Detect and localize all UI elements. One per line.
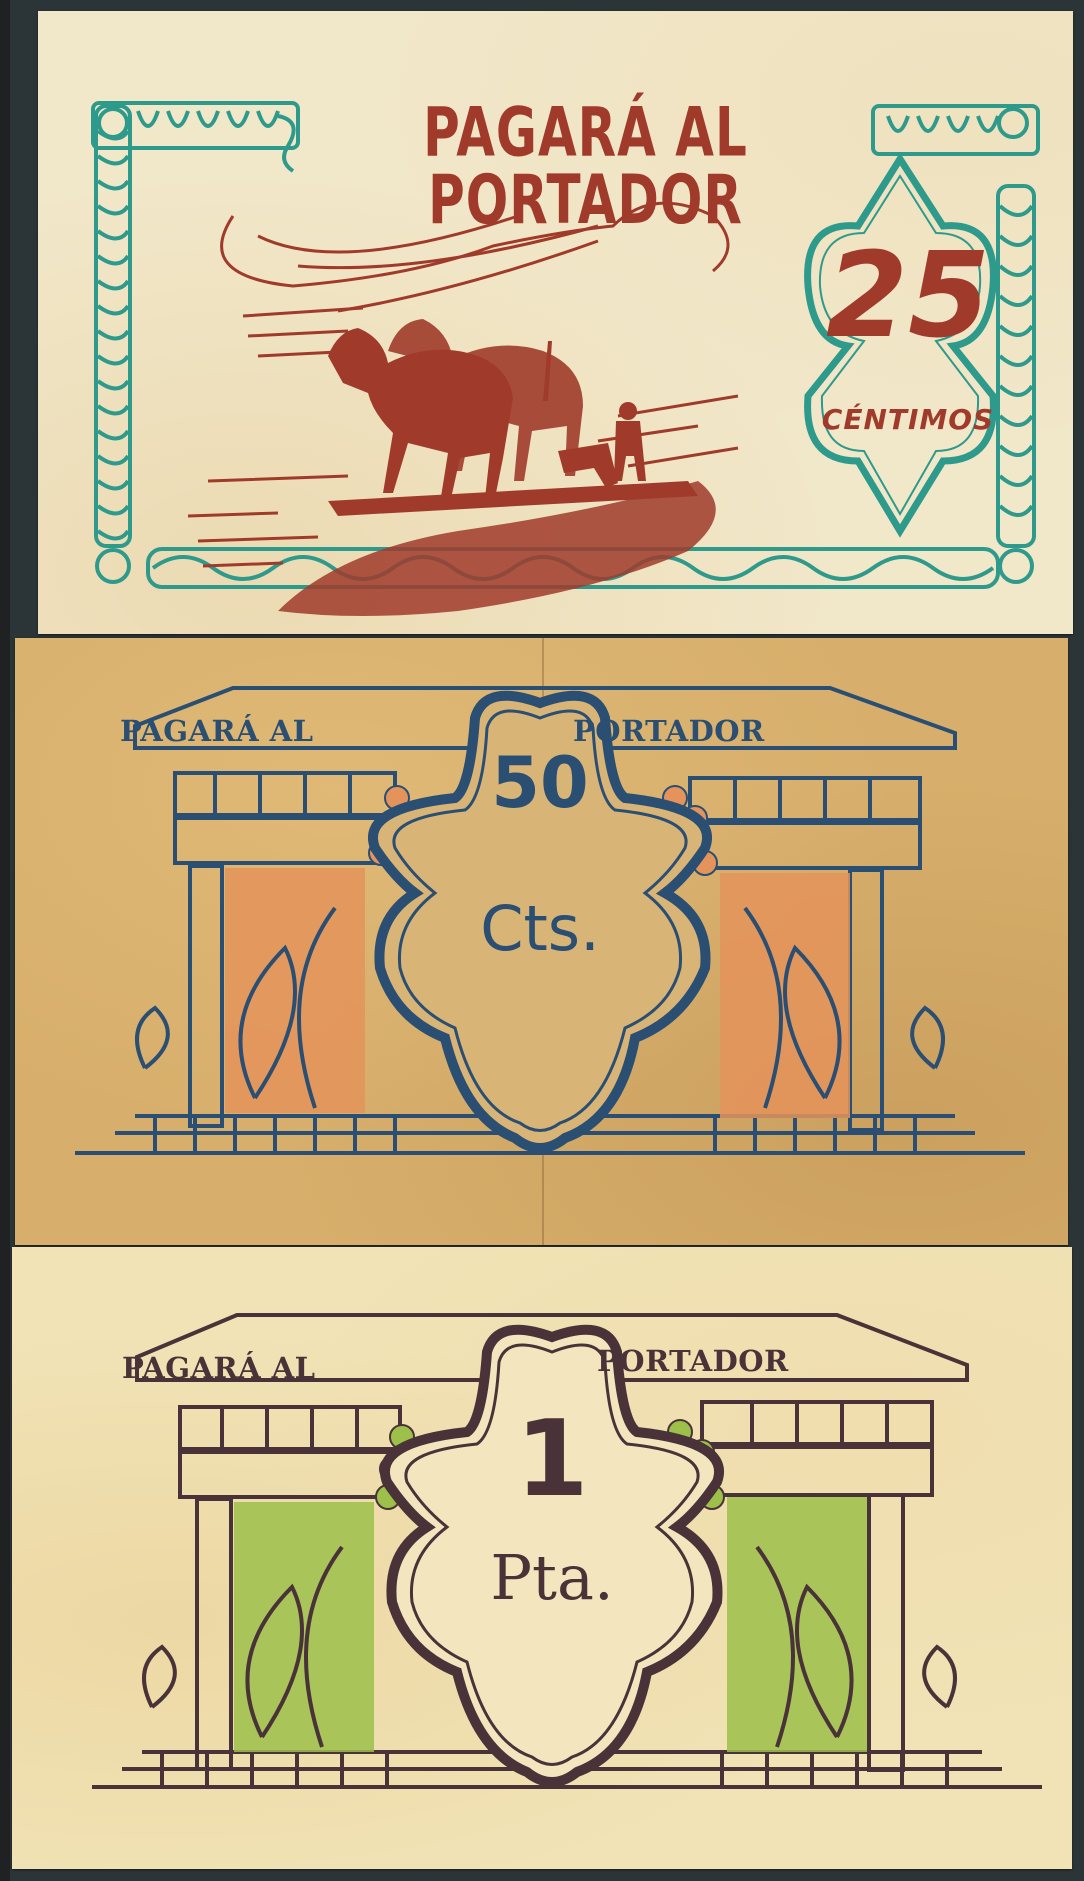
denomination-value: 1 [447, 1407, 657, 1512]
note-title: PAGARÁ AL PORTADOR [298, 99, 873, 234]
banknote-25-centimos: PAGARÁ AL PORTADOR 25 CÉNTIMOS [38, 11, 1073, 634]
header-left-text: PAGARÁ AL [120, 717, 314, 746]
background-strip [0, 0, 10, 1881]
banknote-50-centimos: PAGARÁ AL PORTADOR 50 Cts. [15, 638, 1068, 1245]
header-right-text: PORTADOR [597, 1347, 789, 1376]
banknote-1-peseta: PAGARÁ AL PORTADOR 1 Pta. [12, 1247, 1072, 1869]
denomination-unit: CÉNTIMOS [798, 403, 1018, 436]
denomination-unit: Pta. [447, 1547, 657, 1609]
denomination-value: 50 [435, 748, 645, 818]
header-right-text: PORTADOR [573, 717, 765, 746]
header-left-text: PAGARÁ AL [122, 1354, 316, 1383]
denomination-unit: Cts. [435, 898, 645, 960]
denomination-value: 25 [798, 236, 1018, 354]
